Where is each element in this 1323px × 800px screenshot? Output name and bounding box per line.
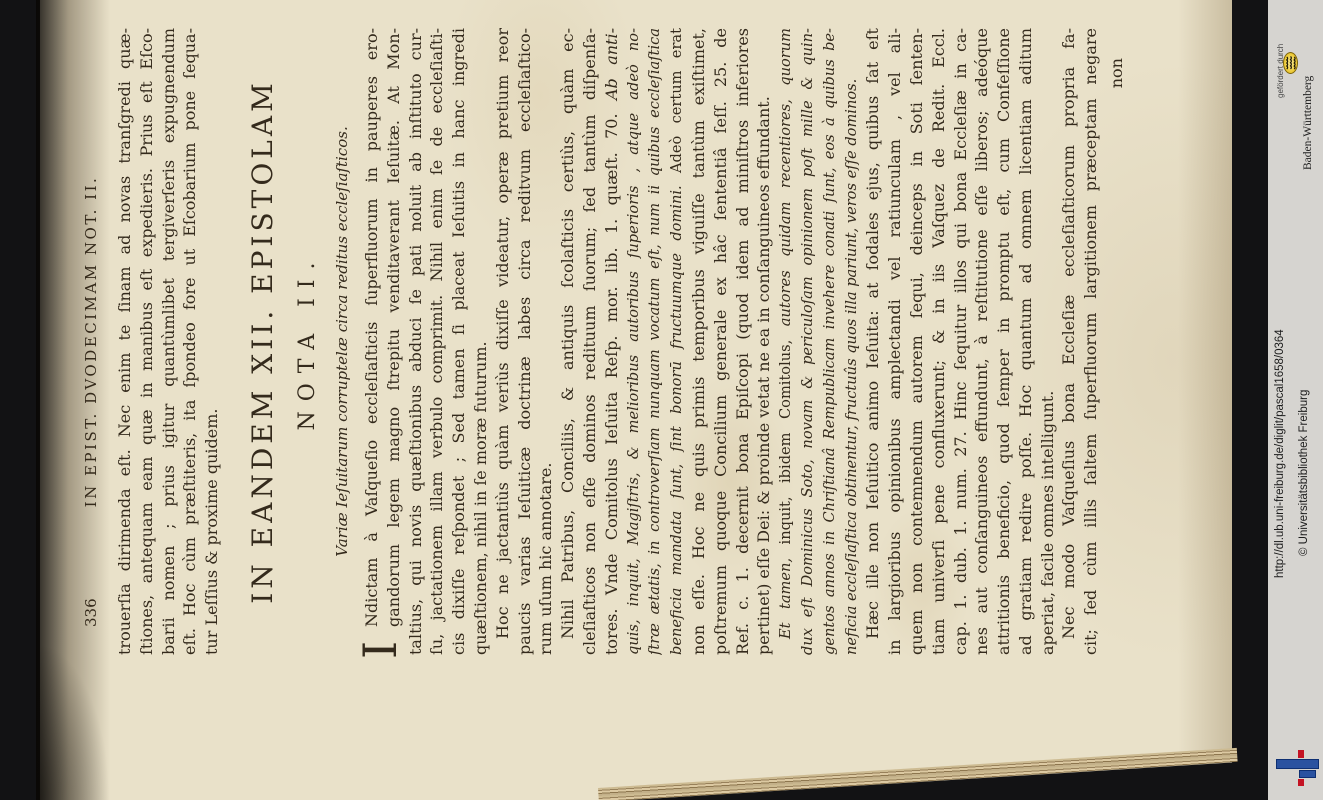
page-text-column: 336 IN EPIST. DVODECIMAM NOT. II. trouer… bbox=[82, 28, 1128, 655]
text-line: pertinet) eſſe Dei: & proinde vetat ne e… bbox=[753, 28, 775, 655]
text-line: aperiat, facile omnes intelligunt. bbox=[1037, 28, 1059, 655]
text-line: Hæc ille non Ieſuitico animo Ieſuita: at… bbox=[862, 28, 884, 655]
running-header: 336 IN EPIST. DVODECIMAM NOT. II. bbox=[82, 28, 104, 655]
text-line: paucis varias Ieſuiticæ doctrinæ labes c… bbox=[514, 28, 536, 655]
body-lines: Ndictam à Vaſqueſio eccleſiaſticis ſuper… bbox=[361, 28, 1102, 655]
text-line: tiam univerſi pene confluxerunt; & in ii… bbox=[928, 28, 950, 655]
section-heading: IN EANDEM XII. EPISTOLAM bbox=[245, 28, 281, 655]
copyright-notice: © Universitätsbibliothek Freiburg bbox=[1298, 390, 1310, 556]
text-line: Nec modo Vaſqueſius bona Eccleſiæ eccleſ… bbox=[1058, 28, 1080, 655]
text-line: cit; ſed cùm illis ſaltem ſuperfluorum l… bbox=[1080, 28, 1102, 655]
text-line: attritionis beneficio, quod ſemper in pr… bbox=[993, 28, 1015, 655]
text-line: beneficia mandata ſunt, ſint bonorū fruc… bbox=[666, 28, 688, 655]
baden-wuerttemberg-coat-of-arms-icon bbox=[1283, 52, 1298, 74]
text-line: gandorum legem magno ſtrepitu venditaver… bbox=[383, 28, 405, 655]
text-line: quem non contemnendum autorem ſequi, dei… bbox=[906, 28, 928, 655]
continuation-paragraph: trouerſia dirimenda eſt. Nec enim te ſin… bbox=[114, 28, 223, 655]
text-line: nes aut conſanguineos effundunt, à reſti… bbox=[971, 28, 993, 655]
text-line: quæſtionem, nihil in ſe moræ futurum. bbox=[470, 28, 492, 655]
ub-freiburg-logo-icon bbox=[1274, 748, 1323, 790]
text-line: dux eſt Dominicus Soto, novam & periculo… bbox=[797, 28, 819, 655]
page-number: 336 bbox=[82, 598, 100, 627]
text-line: in largioribus opinionibus amplectandi v… bbox=[884, 28, 906, 655]
logo-red-square-top bbox=[1298, 750, 1304, 758]
text-line: quis, inquit, Magiſtris, & melioribus au… bbox=[623, 28, 645, 655]
funder-name: Baden-Württemberg bbox=[1302, 76, 1314, 170]
text-line: poſtremum quoque Concilium generale ex h… bbox=[710, 28, 732, 655]
text-line: cis dixiſſe reſpondet ; Sed tamen ſi pla… bbox=[448, 28, 470, 655]
body-text: I Ndictam à Vaſqueſio eccleſiaſticis ſup… bbox=[361, 28, 1128, 655]
text-line: Ndictam à Vaſqueſio eccleſiaſticis ſuper… bbox=[361, 28, 383, 655]
logo-blue-bar-short bbox=[1299, 770, 1316, 778]
text-line: ad gratiam redire poſſe. Hoc quantum ad … bbox=[1015, 28, 1037, 655]
logo-red-square-bottom bbox=[1298, 779, 1304, 786]
text-line: neficia eccleſiaſtica obtinentur, fructu… bbox=[841, 28, 863, 655]
source-url: http://dl.ub.uni-freiburg.de/diglit/pasc… bbox=[1274, 329, 1286, 578]
text-line: eſt. Hoc cùm præſtiteris, ita ſpondeo fo… bbox=[179, 28, 201, 655]
text-line: Et tamen, inquit, ibidem Comitolus, auto… bbox=[775, 28, 797, 655]
text-line: taltius, qui novis quæſtionibus abduci ſ… bbox=[405, 28, 427, 655]
section-subheading: NOTA II. bbox=[295, 28, 321, 655]
funder-label: gefördert durch bbox=[1276, 44, 1285, 98]
logo-blue-bar-long bbox=[1276, 759, 1319, 769]
book-page-scan: 336 IN EPIST. DVODECIMAM NOT. II. trouer… bbox=[40, 0, 1232, 800]
text-line: tores. Vnde Comitolus Ieſuita Reſp. mor.… bbox=[601, 28, 623, 655]
text-line: Nihil Patribus, Conciliis, & antiquis ſc… bbox=[557, 28, 579, 655]
text-line: barii nomen ; prius igitur quantùmlibet … bbox=[158, 28, 180, 655]
text-line: tur Leſſius & proxime quidem. bbox=[201, 28, 223, 655]
text-line: non eſſe. Hoc ne quis primis temporibus … bbox=[688, 28, 710, 655]
text-line: rum uſum hic annotare. bbox=[535, 28, 557, 655]
text-line: ſu, jactationem illam verbulo comprimit.… bbox=[426, 28, 448, 655]
text-line: gentos annos in Chriſtianâ Rempublicam i… bbox=[819, 28, 841, 655]
drop-cap: I bbox=[358, 641, 402, 659]
text-line: ſtiones, antequam eam quæ in manibus eſt… bbox=[136, 28, 158, 655]
text-line: Hoc ne jactantiùs quàm veriùs dixiſſe vi… bbox=[492, 28, 514, 655]
text-line: ſtræ ætatis, in controverſiam nunquam vo… bbox=[644, 28, 666, 655]
section-subtitle: Variæ Ieſuitarum corruptelæ circa reditu… bbox=[333, 28, 351, 655]
text-line: cleſiaſticos non eſſe dominos redituum ſ… bbox=[579, 28, 601, 655]
running-header-title: IN EPIST. DVODECIMAM NOT. II. bbox=[82, 176, 100, 508]
text-line: cap. 1. dub. 1. num. 27. Hinc ſequitur i… bbox=[950, 28, 972, 655]
text-line: Ref. c. 1. decernit bona Epiſcopi (quod … bbox=[732, 28, 754, 655]
text-line: trouerſia dirimenda eſt. Nec enim te ſin… bbox=[114, 28, 136, 655]
catchword: non bbox=[1106, 28, 1128, 655]
